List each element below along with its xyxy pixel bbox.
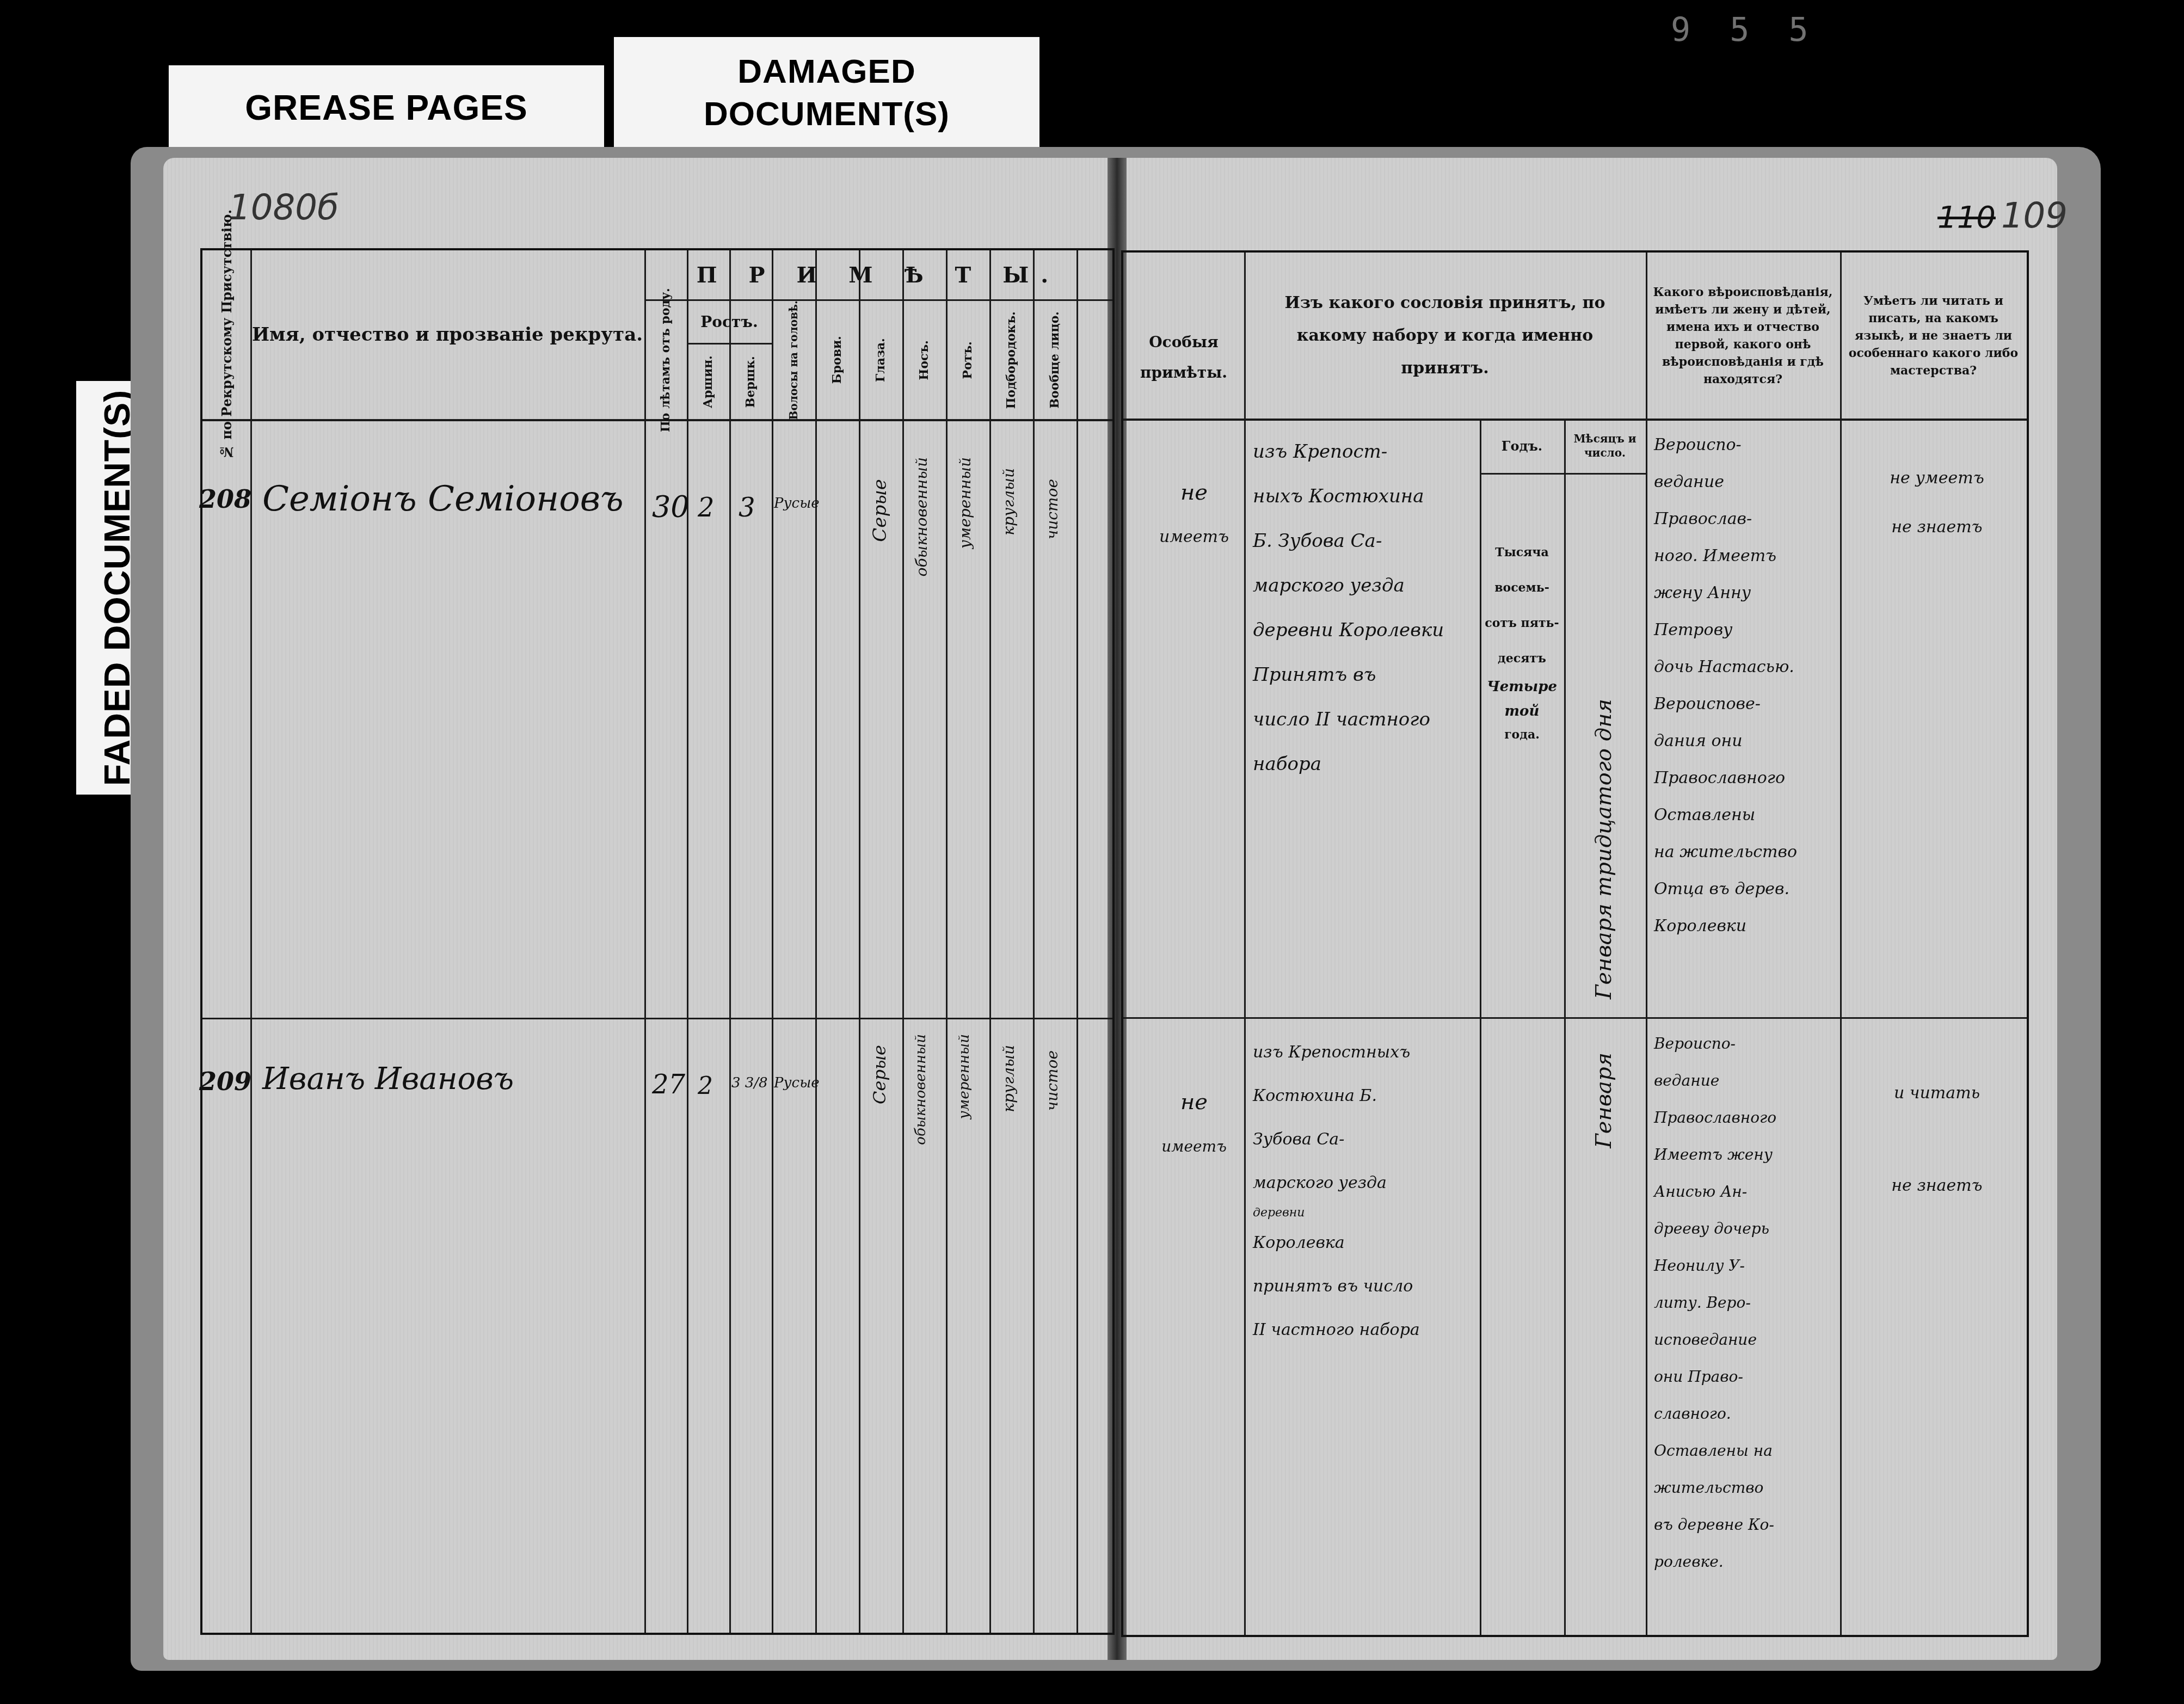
header-text: Аршин.	[701, 355, 715, 408]
text-line: не знаетъ	[1853, 1140, 2021, 1232]
col-line	[1244, 253, 1246, 1635]
chin: круглый	[1000, 1045, 1018, 1112]
text-line: жительство	[1654, 1469, 1839, 1506]
header-text: Волосы на головѣ.	[787, 300, 800, 420]
text-line: Королевки	[1654, 908, 1839, 945]
text-line: Костюхина Б.	[1253, 1074, 1481, 1118]
text-line: ролевке.	[1654, 1543, 1839, 1580]
year-print-line: сотъ пять-	[1480, 617, 1564, 653]
text-line: Вероиспове-	[1654, 686, 1839, 723]
text-line: они Право-	[1654, 1358, 1839, 1395]
text-line: ведание	[1654, 1062, 1839, 1099]
header-arshin: Аршин.	[687, 345, 729, 419]
header-year: Годъ.	[1480, 419, 1564, 473]
left-register-table: № по Рекрутскому Присутствію. Имя, отчес…	[200, 248, 1115, 1635]
film-frame-marks: 9 5 5	[1671, 11, 1818, 49]
text-line: Анисью Ан-	[1654, 1173, 1839, 1210]
flag-label-line2: DOCUMENT(S)	[704, 93, 950, 136]
header-estate: Изъ какого сословія принятъ, по какому н…	[1244, 253, 1646, 419]
literacy-entry: и читать не знаетъ	[1853, 1047, 2021, 1232]
col-line	[1033, 250, 1035, 1633]
special-marks: не имеетъ	[1145, 470, 1243, 559]
text-line: Православного	[1654, 1099, 1839, 1136]
col-line	[1840, 253, 1842, 1635]
text-line: деревни	[1253, 1205, 1481, 1221]
text-line: Зубова Са-	[1253, 1118, 1481, 1161]
col-line	[815, 250, 817, 1633]
text-line: Неонилу У-	[1654, 1247, 1839, 1284]
text-line: число II частного	[1253, 697, 1481, 742]
age: 27	[652, 1069, 685, 1100]
text-line: марского уезда	[1253, 1161, 1481, 1205]
damaged-documents-flag: DAMAGED DOCUMENT(S)	[614, 37, 1039, 149]
text-line: на жительство	[1654, 834, 1839, 871]
height-arshin: 2	[698, 1072, 713, 1100]
height-vershok: 3 3/8	[731, 1075, 768, 1091]
text-line: имеетъ	[1145, 515, 1243, 559]
mouth: умеренный	[956, 1034, 973, 1119]
folio-number-right: 110109	[1937, 196, 2068, 236]
text-line: дрееву дочерь	[1654, 1210, 1839, 1247]
age: 30	[652, 490, 690, 524]
header-brows: Брови.	[815, 301, 859, 419]
text-line: Отца въ дерев.	[1654, 871, 1839, 908]
header-primety: П Р И М Ѣ Т Ы.	[644, 250, 1112, 299]
eyes: Серые	[869, 479, 891, 542]
col-line	[1076, 250, 1078, 1633]
header-nose: Носъ.	[902, 301, 946, 419]
header-divider	[202, 419, 1112, 421]
header-face: Вообще лицо.	[1033, 301, 1076, 419]
right-register-table: Особыя примѣты. Изъ какого сословія прин…	[1121, 250, 2029, 1637]
header-text: По лѣтамъ отъ роду.	[659, 288, 673, 432]
text-line: Королевка	[1253, 1221, 1481, 1265]
year-hand: той	[1480, 704, 1564, 729]
text-line: Принятъ въ	[1253, 653, 1481, 697]
text-line: славного.	[1654, 1395, 1839, 1432]
col-line	[687, 250, 688, 1633]
header-text: Ротъ.	[961, 341, 975, 379]
text-line: марского уезда	[1253, 563, 1481, 608]
text-line: не знаетъ	[1853, 503, 2021, 552]
col-line	[989, 250, 991, 1633]
year-print-line: восемь-	[1480, 582, 1564, 617]
text-line: Вероиспо-	[1654, 1025, 1839, 1062]
text-line: принятъ въ число	[1253, 1265, 1481, 1308]
header-chin: Подбородокъ.	[989, 301, 1033, 419]
col-line	[946, 250, 948, 1633]
text-line: Имеетъ жену	[1654, 1136, 1839, 1173]
col-line	[1646, 253, 1647, 1635]
estate-entry: изъ Крепост- ныхъ Костюхина Б. Зубова Са…	[1253, 429, 1481, 786]
literacy-entry: не умеетъ не знаетъ	[1853, 454, 2021, 552]
year-print-line: года.	[1480, 729, 1564, 751]
header-text: Глаза.	[873, 338, 888, 382]
entry-divider	[202, 1018, 1112, 1019]
face: чистое	[1043, 1050, 1061, 1111]
text-line: не умеетъ	[1853, 454, 2021, 503]
religion-entry: Вероиспо- ведание Православ- ного. Имеет…	[1654, 427, 1839, 945]
chin: круглый	[1000, 468, 1018, 536]
text-line: Оставлены	[1654, 797, 1839, 834]
nose: обыкновенный	[913, 457, 931, 576]
header-text: Вершк.	[743, 356, 758, 408]
text-line: дочь Настасью.	[1654, 649, 1839, 686]
header-religion: Какого вѣроисповѣданія, имѣетъ ли жену и…	[1646, 253, 1840, 419]
text-line: деревни Королевки	[1253, 608, 1481, 653]
text-line: не	[1145, 1080, 1243, 1124]
header-vershok: Вершк.	[729, 345, 772, 419]
hair: Русые	[774, 495, 820, 512]
eyes: Серые	[869, 1045, 890, 1104]
year-hand: Четыре	[1480, 680, 1564, 704]
col-line	[859, 250, 860, 1633]
face: чистое	[1043, 479, 1061, 539]
header-mouth: Ротъ.	[946, 301, 989, 419]
flag-label: GREASE PAGES	[245, 88, 527, 128]
text-line: Б. Зубова Са-	[1253, 519, 1481, 563]
entry-number: 209	[199, 1067, 251, 1096]
recruit-name: Иванъ Ивановъ	[262, 1061, 514, 1097]
header-literacy: Умѣетъ ли читать и писать, на какомъ язы…	[1840, 253, 2027, 419]
text-line: Православного	[1654, 760, 1839, 797]
header-month: Мѣсяцъ и число.	[1564, 419, 1646, 473]
year-month-divider	[1480, 473, 1646, 475]
text-line: II частного набора	[1253, 1308, 1481, 1352]
col-line	[644, 250, 646, 1633]
special-marks: не имеетъ	[1145, 1080, 1243, 1169]
year-print-line: десятъ	[1480, 653, 1564, 680]
header-hair: Волосы на головѣ.	[772, 301, 815, 419]
text-line: изъ Крепост-	[1253, 429, 1481, 474]
text-line: имеетъ	[1145, 1124, 1243, 1169]
text-line: литу. Веро-	[1654, 1284, 1839, 1321]
text-line: исповедание	[1654, 1321, 1839, 1358]
entry-divider	[1123, 1017, 2027, 1019]
header-eyes: Глаза.	[859, 301, 902, 419]
mouth: умеренный	[956, 457, 974, 549]
flag-label-line1: DAMAGED	[737, 51, 915, 93]
hair: Русые	[774, 1075, 820, 1091]
height-arshin: 2	[698, 493, 715, 523]
text-line: Оставлены на	[1654, 1432, 1839, 1469]
header-text: № по Рекрутскому Присутствію.	[219, 210, 235, 460]
text-line: Петрову	[1654, 612, 1839, 649]
religion-entry: Вероиспо- ведание Православного Имеетъ ж…	[1654, 1025, 1839, 1580]
nose: обыкновенный	[913, 1034, 929, 1145]
text-line: жену Анну	[1654, 575, 1839, 612]
col-line	[250, 250, 252, 1633]
header-text: Брови.	[830, 336, 844, 384]
col-line	[729, 250, 731, 1633]
grease-pages-flag: GREASE PAGES	[169, 65, 604, 150]
header-text: Подбородокъ.	[1004, 311, 1018, 409]
recruit-name: Семіонъ Семіоновъ	[262, 479, 624, 519]
text-line: ныхъ Костюхина	[1253, 474, 1481, 519]
height-vershok: 3	[739, 493, 755, 523]
header-age: По лѣтамъ отъ роду.	[644, 301, 687, 419]
month-date: Генваря	[1591, 1053, 1616, 1148]
estate-entry: изъ Крепостныхъ Костюхина Б. Зубова Са- …	[1253, 1031, 1481, 1352]
year-print-line: Тысяча	[1480, 546, 1564, 582]
text-line: Православ-	[1654, 501, 1839, 538]
header-number: № по Рекрутскому Присутствію.	[202, 250, 250, 419]
text-line: не	[1145, 470, 1243, 515]
header-text: Вообще лицо.	[1048, 311, 1062, 409]
header-rost: Ростъ.	[687, 301, 772, 343]
col-line	[772, 250, 773, 1633]
text-line: и читать	[1853, 1047, 2021, 1140]
col-line	[902, 250, 904, 1633]
header-name: Имя, отчество и прозваніе рекрута.	[250, 250, 644, 419]
year-print: Тысяча восемь- сотъ пять- десятъ Четыре …	[1480, 546, 1564, 751]
text-line: ведание	[1654, 464, 1839, 501]
folio: 109	[2001, 196, 2068, 236]
text-line: Вероиспо-	[1654, 427, 1839, 464]
text-line: изъ Крепостныхъ	[1253, 1031, 1481, 1074]
folio-number-left: 1080б	[229, 188, 339, 228]
header-text: Носъ.	[917, 340, 931, 380]
month-date: Генваря тридцатого дня	[1591, 699, 1616, 999]
header-special: Особыя примѣты.	[1123, 296, 1244, 419]
text-line: ного. Имеетъ	[1654, 538, 1839, 575]
struck-folio: 110	[1937, 200, 1996, 235]
text-line: дания они	[1654, 723, 1839, 760]
text-line: въ деревне Ко-	[1654, 1506, 1839, 1543]
text-line: набора	[1253, 742, 1481, 786]
col-line	[1564, 419, 1566, 1635]
entry-number: 208	[199, 484, 251, 514]
